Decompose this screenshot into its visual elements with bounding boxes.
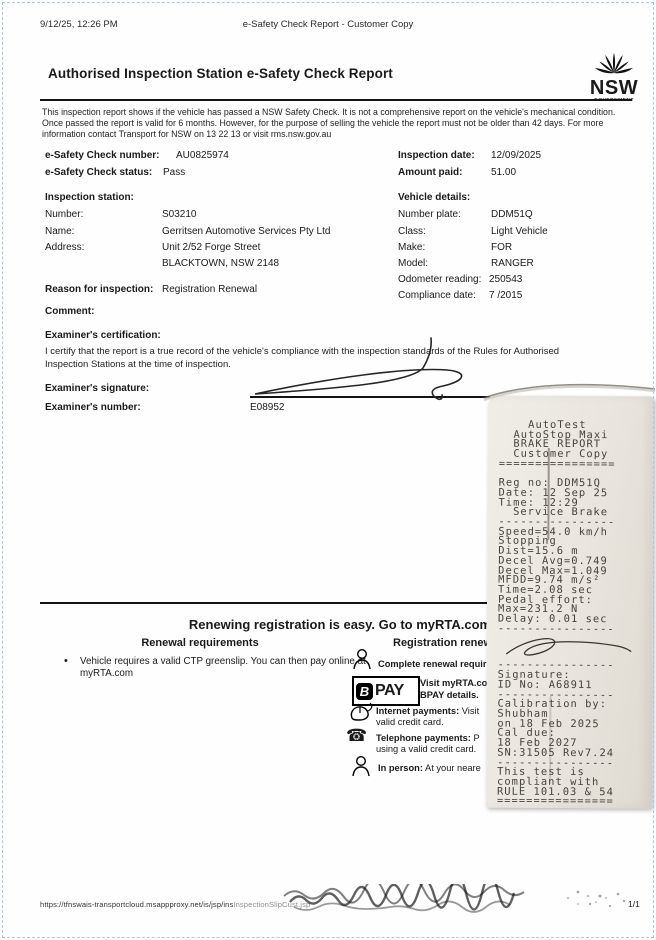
bpay-b-icon: B [356,683,373,700]
amount-paid-value: 51.00 [491,167,516,178]
nsw-government-logo: NSW GOVERNMENT [586,42,642,104]
check-number-value: AU0825974 [176,150,229,161]
telephone-payments-line2: using a valid credit card. [376,744,476,755]
waratah-icon [591,42,637,76]
person-icon [351,755,371,779]
intro-paragraph: This inspection report shows if the vehi… [42,107,634,140]
plate-value: DDM51Q [491,209,533,220]
vehicle-heading: Vehicle details: [398,192,470,203]
odometer-value: 250543 [489,274,522,285]
renewal-right-heading: Registration renewal [393,637,501,649]
renewal-bullet: Vehicle requires a valid CTP greenslip. … [80,656,380,679]
reason-value: Registration Renewal [162,284,257,295]
internet-payments-rest: Visit [459,706,479,716]
plate-label: Number plate: [398,209,461,220]
telephone-icon: ☎ [346,727,367,744]
model-value: RANGER [491,258,534,269]
print-doc-title: e-Safety Check Report - Customer Copy [0,19,656,30]
station-name-label: Name: [45,226,74,237]
station-number-value: S03210 [162,209,196,220]
station-address-line1: Unit 2/52 Forge Street [162,242,260,253]
class-value: Light Vehicle [491,226,548,237]
examiner-number-label: Examiner's number: [45,402,141,413]
telephone-payments-line1: Telephone payments: P [376,733,480,744]
compliance-label: Compliance date: [398,290,476,301]
signature-label: Examiner's signature: [45,383,149,394]
station-name-value: Gerritsen Automotive Services Pty Ltd [162,226,330,237]
station-heading: Inspection station: [45,192,134,203]
make-value: FOR [491,242,512,253]
check-number-label: e-Safety Check number: [45,150,159,161]
receipt-text-bottom: ---------------- Signature: ID No: A6891… [486,661,653,807]
nsw-logo-text: NSW [586,78,642,98]
inspection-date-value: 12/09/2025 [491,150,541,161]
inspection-date-label: Inspection date: [398,150,475,161]
receipt-curl-edge [468,374,656,402]
bpay-line1: Visit myRTA.com [420,678,496,689]
in-person-line: In person: At your neare [378,763,481,774]
internet-payments-line1: Internet payments: Visit [376,706,479,717]
footer-url-left: https://tfnswais-transportcloud.msapppro… [40,900,233,909]
amount-paid-label: Amount paid: [398,167,462,178]
receipt-text-top: AutoTest AutoStop Maxi BRAKE REPORT Cust… [487,421,654,635]
check-status-label: e-Safety Check status: [45,167,152,178]
internet-payments-line2: valid credit card. [376,717,444,728]
model-label: Model: [398,258,428,269]
report-title: Authorised Inspection Station e-Safety C… [48,66,393,81]
complete-renewal-text: Complete renewal requir [378,659,487,670]
footer-url: https://tfnswais-transportcloud.msapppro… [40,900,310,909]
computer-mouse-icon [349,702,374,721]
in-person-label: In person: [378,763,423,773]
footer-speckles [560,888,620,912]
reason-label: Reason for inspection: [45,284,153,295]
bpay-line2: BPAY details. [420,690,479,701]
telephone-payments-rest: P [471,733,480,743]
footer-page-number: 1/1 [628,899,640,909]
comment-label: Comment: [45,306,94,317]
station-number-label: Number: [45,209,83,220]
make-label: Make: [398,242,425,253]
class-label: Class: [398,226,426,237]
esafety-report-page: { "page": { "datetime": "9/12/25, 12:26 … [0,0,656,940]
internet-payments-label: Internet payments: [376,706,459,716]
certification-heading: Examiner's certification: [45,330,161,341]
station-address-label: Address: [45,242,84,253]
brake-test-receipt: AutoTest AutoStop Maxi BRAKE REPORT Cust… [486,396,654,809]
bpay-pay-text: PAY [375,682,404,700]
examiner-signature-scribble [235,336,505,406]
in-person-rest: At your neare [423,763,481,773]
check-status-value: Pass [163,167,185,178]
telephone-payments-label: Telephone payments: [376,733,471,743]
station-address-line2: BLACKTOWN, NSW 2148 [162,258,279,269]
receipt-signature-scribble [499,634,649,662]
person-icon [352,648,372,672]
bullet-dot: • [64,655,68,667]
title-divider [40,99,632,101]
compliance-value: 7 /2015 [489,290,522,301]
odometer-label: Odometer reading: [398,274,481,285]
renewal-left-heading: Renewal requirements [60,637,340,649]
